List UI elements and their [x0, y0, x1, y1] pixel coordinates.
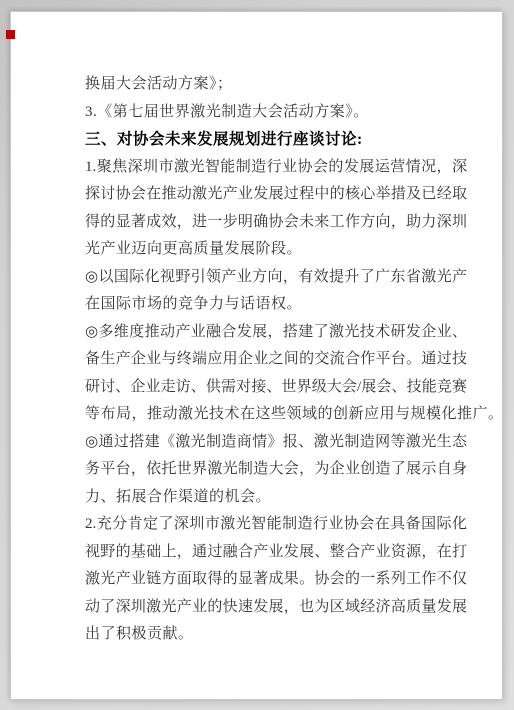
paragraph: 换届大会活动方案》； — [85, 71, 467, 99]
text-line: 出了积极贡献。 — [85, 621, 467, 649]
text-line: 在国际市场的竞争力与话语权。 — [85, 291, 467, 319]
text-line: 研讨、企业走访、供需对接、世界级大会/展会、技能竞赛 — [85, 374, 467, 402]
paragraph: 3.《第七届世界激光制造大会活动方案》。 — [85, 99, 467, 127]
document-viewer-background: 换届大会活动方案》；3.《第七届世界激光制造大会活动方案》。三、对协会未来发展规… — [0, 0, 514, 710]
text-line: 2.充分肯定了深圳市激光智能制造行业协会在具备国际化 — [85, 511, 467, 539]
text-line: 激光产业链方面取得的显著成果。协会的一系列工作不仅推 — [85, 566, 467, 594]
text-line: 三、对协会未来发展规划进行座谈讨论: — [85, 126, 467, 154]
section-heading: 三、对协会未来发展规划进行座谈讨论: — [85, 126, 467, 154]
paragraph: ◎以国际化视野引领产业方向，有效提升了广东省激光产业在国际市场的竞争力与话语权。 — [85, 264, 467, 319]
paragraph: ◎通过搭建《激光制造商情》报、激光制造网等激光生态服务平台，依托世界激光制造大会… — [85, 429, 467, 512]
text-line: 探讨协会在推动激光产业发展过程中的核心举措及已经取 — [85, 181, 467, 209]
text-line: 力、拓展合作渠道的机会。 — [85, 484, 467, 512]
document-content: 换届大会活动方案》；3.《第七届世界激光制造大会活动方案》。三、对协会未来发展规… — [85, 71, 467, 649]
text-line: 换届大会活动方案》； — [85, 71, 467, 99]
text-line: ◎多维度推动产业融合发展，搭建了激光技术研发企业、设 — [85, 319, 467, 347]
text-line: 视野的基础上，通过融合产业发展、整合产业资源，在打造 — [85, 539, 467, 567]
document-page: 换届大会活动方案》；3.《第七届世界激光制造大会活动方案》。三、对协会未来发展规… — [10, 11, 503, 700]
red-marker — [6, 30, 15, 39]
paragraph: 1.聚焦深圳市激光智能制造行业协会的发展运营情况，深入探讨协会在推动激光产业发展… — [85, 154, 467, 264]
paragraph: ◎多维度推动产业融合发展，搭建了激光技术研发企业、设备生产企业与终端应用企业之间… — [85, 319, 467, 429]
text-line: 务平台，依托世界激光制造大会，为企业创造了展示自身实 — [85, 456, 467, 484]
text-line: 3.《第七届世界激光制造大会活动方案》。 — [85, 99, 467, 127]
text-line: 动了深圳激光产业的快速发展，也为区域经济高质量发展做 — [85, 594, 467, 622]
text-line: 等布局，推动激光技术在这些领域的创新应用与规模化推广。 — [85, 401, 467, 429]
text-line: 备生产企业与终端应用企业之间的交流合作平台。通过技术 — [85, 346, 467, 374]
text-line: 1.聚焦深圳市激光智能制造行业协会的发展运营情况，深入 — [85, 154, 467, 182]
text-line: 得的显著成效，进一步明确协会未来工作方向，助力深圳激 — [85, 209, 467, 237]
text-line: ◎以国际化视野引领产业方向，有效提升了广东省激光产业 — [85, 264, 467, 292]
text-line: ◎通过搭建《激光制造商情》报、激光制造网等激光生态服 — [85, 429, 467, 457]
paragraph: 2.充分肯定了深圳市激光智能制造行业协会在具备国际化视野的基础上，通过融合产业发… — [85, 511, 467, 649]
text-line: 光产业迈向更高质量发展阶段。 — [85, 236, 467, 264]
